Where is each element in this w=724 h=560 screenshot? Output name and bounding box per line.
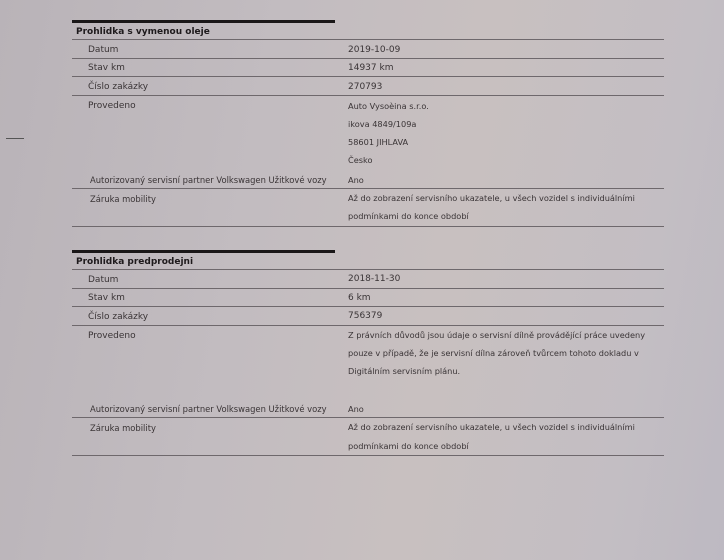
divider [72, 39, 664, 40]
divider [72, 226, 664, 227]
divider [72, 188, 664, 189]
label-km: Stav km [88, 63, 125, 73]
divider [72, 306, 664, 307]
value-km: 14937 km [348, 63, 393, 73]
label-order: Číslo zakázky [88, 312, 148, 322]
divider [72, 288, 664, 289]
label-date: Datum [88, 45, 118, 55]
value-mobility-line: Až do zobrazení servisního ukazatele, u … [348, 193, 635, 203]
divider [72, 325, 664, 326]
section-top-bar [72, 250, 335, 253]
label-partner: Autorizovaný servisní partner Volkswagen… [90, 404, 327, 414]
section-title: Prohlidka s vymenou oleje [76, 27, 210, 37]
divider [72, 455, 664, 456]
label-date: Datum [88, 275, 118, 285]
value-performed-line: Česko [348, 155, 372, 165]
margin-mark [6, 138, 24, 139]
label-mobility: Záruka mobility [90, 423, 156, 433]
value-mobility-line: podmínkami do konce období [348, 211, 469, 221]
value-km: 6 km [348, 293, 371, 303]
section-top-bar [72, 20, 335, 23]
value-performed-line: Auto Vysoèina s.r.o. [348, 101, 429, 111]
value-date: 2019-10-09 [348, 45, 400, 55]
divider [72, 269, 664, 270]
label-order: Číslo zakázky [88, 82, 148, 92]
value-partner: Ano [348, 404, 364, 414]
section-title: Prohlidka predprodejni [76, 257, 193, 267]
value-mobility-line: Až do zobrazení servisního ukazatele, u … [348, 422, 635, 432]
value-order: 270793 [348, 82, 382, 92]
value-order: 756379 [348, 311, 382, 321]
divider [72, 95, 664, 96]
value-performed-line: ikova 4849/109a [348, 119, 416, 129]
label-performed: Provedeno [88, 101, 136, 111]
value-performed-line: Z právních důvodů jsou údaje o servisní … [348, 330, 645, 340]
label-performed: Provedeno [88, 331, 136, 341]
label-km: Stav km [88, 293, 125, 303]
value-performed-line: Digitálním servisním plánu. [348, 366, 460, 376]
value-performed-line: pouze v případě, že je servisní dílna zá… [348, 348, 639, 358]
value-partner: Ano [348, 175, 364, 185]
divider [72, 417, 664, 418]
divider [72, 76, 664, 77]
value-mobility-line: podmínkami do konce období [348, 441, 469, 451]
value-performed-line: 58601 JIHLAVA [348, 137, 408, 147]
label-partner: Autorizovaný servisní partner Volkswagen… [90, 175, 327, 185]
value-date: 2018-11-30 [348, 274, 400, 284]
label-mobility: Záruka mobility [90, 194, 156, 204]
divider [72, 58, 664, 59]
